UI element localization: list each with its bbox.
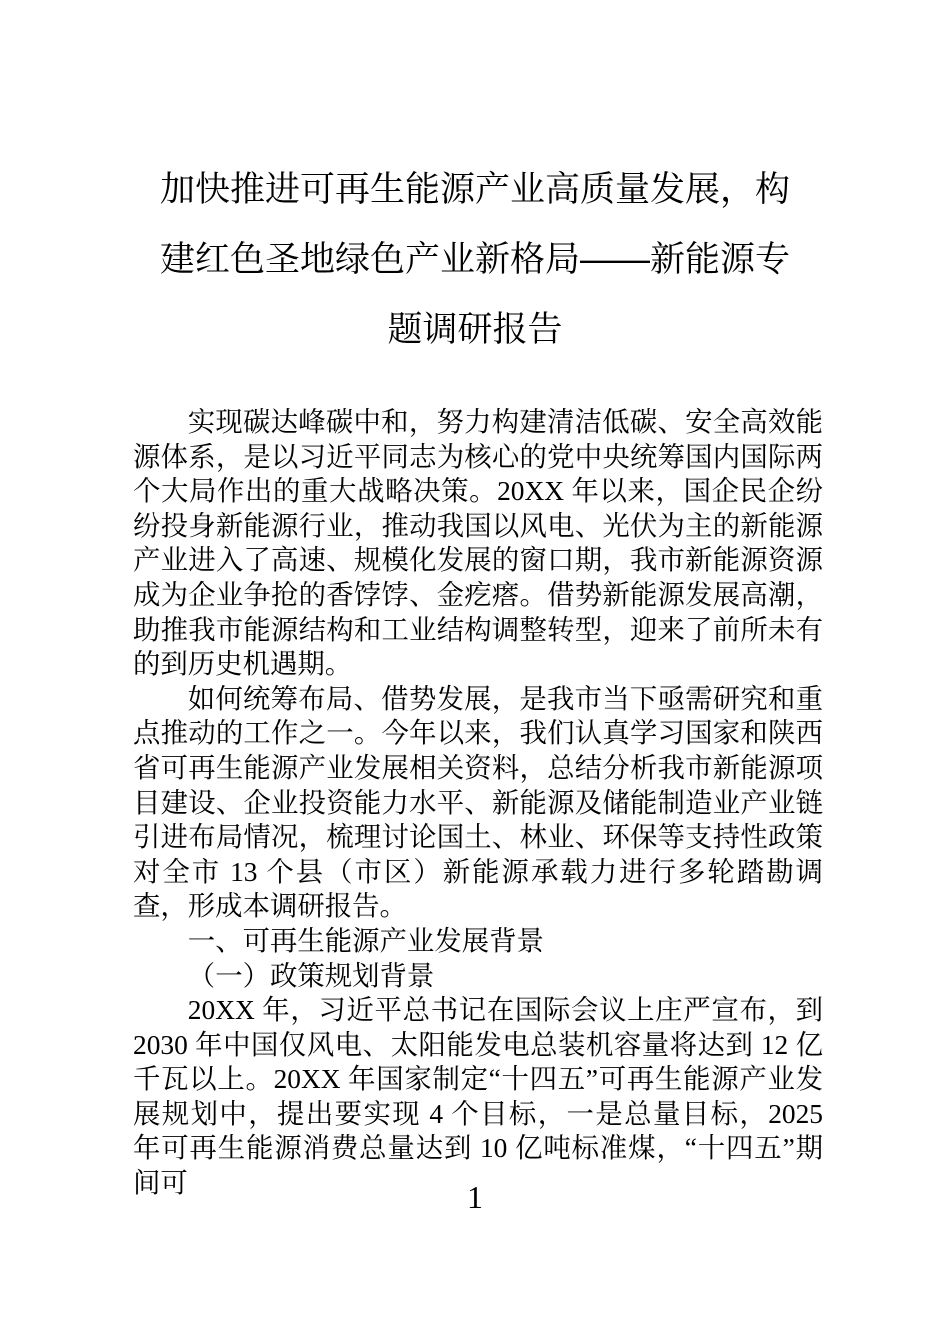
document-page: 加快推进可再生能源产业高质量发展，构 建红色圣地绿色产业新格局——新能源专 题调… [0, 0, 950, 1344]
paragraph-research-approach: 如何统筹布局、借势发展，是我市当下亟需研究和重点推动的工作之一。今年以来，我们认… [133, 682, 823, 924]
document-body: 实现碳达峰碳中和，努力构建清洁低碳、安全高效能源体系，是以习近平同志为核心的党中… [133, 405, 823, 1201]
title-line-2: 建红色圣地绿色产业新格局——新能源专 [85, 225, 865, 295]
page-number: 1 [0, 1180, 950, 1214]
title-line-3: 题调研报告 [85, 295, 865, 365]
section-heading-background: 一、可再生能源产业发展背景 [133, 924, 823, 959]
paragraph-policy-background: 20XX 年，习近平总书记在国际会议上庄严宣布，到 2030 年中国仅风电、太阳… [133, 993, 823, 1201]
title-line-1: 加快推进可再生能源产业高质量发展，构 [85, 155, 865, 225]
document-title: 加快推进可再生能源产业高质量发展，构 建红色圣地绿色产业新格局——新能源专 题调… [85, 155, 865, 365]
subsection-heading-policy: （一）政策规划背景 [133, 959, 823, 994]
paragraph-carbon-strategy: 实现碳达峰碳中和，努力构建清洁低碳、安全高效能源体系，是以习近平同志为核心的党中… [133, 405, 823, 682]
